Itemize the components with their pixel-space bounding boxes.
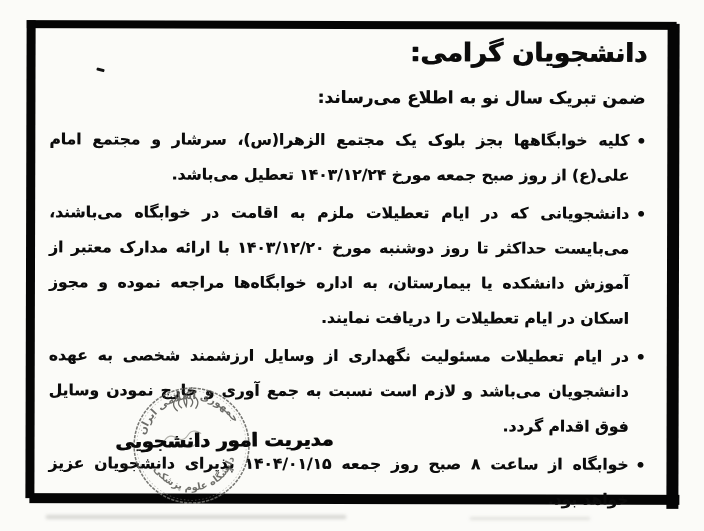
stamp-bottom-arc-text: دانشگاه علوم پزشکی	[150, 454, 241, 499]
scanned-notice-sheet: دانشجویان گرامی: ضمن تبریک سال نو به اطل…	[0, 0, 704, 531]
scan-smudge-2	[470, 517, 590, 520]
notice-bullet-2: دانشجویانی که در ایام تعطیلات ملزم به اق…	[49, 195, 629, 337]
notice-title: دانشجویان گرامی:	[50, 34, 648, 72]
frame-border-right	[666, 24, 679, 509]
notice-intro: ضمن تبریک سال نو به اطلاع می‌رساند:	[49, 85, 645, 111]
scan-smudge	[46, 515, 346, 519]
signature-text: مدیریت امور دانشجویی	[114, 428, 334, 452]
stamp-bottom-arc: دانشگاه علوم پزشکی	[150, 454, 241, 499]
notice-bullet-1: کلیه خوابگاهها بجز بلوک یک مجتمع الزهرا(…	[49, 122, 629, 194]
notice-content: دانشجویان گرامی: ضمن تبریک سال نو به اطل…	[34, 28, 667, 495]
